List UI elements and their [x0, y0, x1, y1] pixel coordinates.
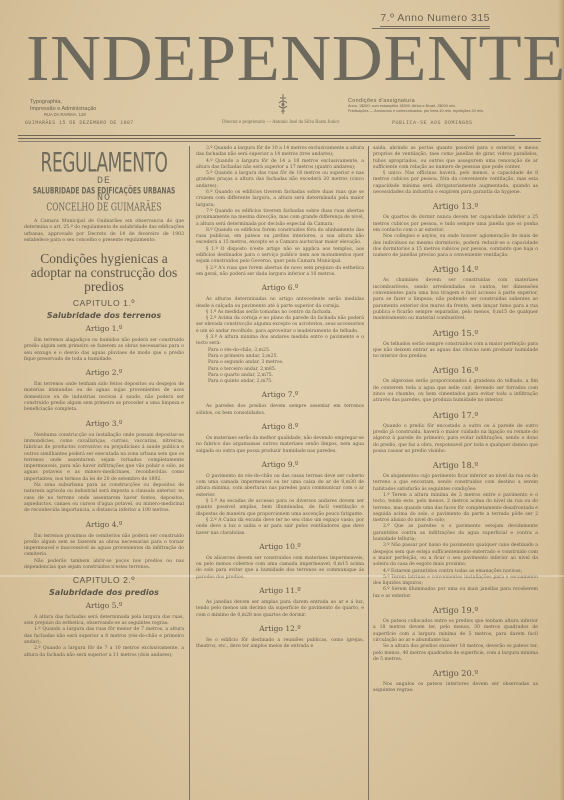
article-text: A altura das fachadas será determinada p…: [24, 615, 184, 628]
article-text: As alturas determinadas no artigo antece…: [196, 297, 364, 310]
article-text: Os quartos de dormir nunca devem ter cap…: [373, 215, 538, 234]
article-paragraph: § 3.º A altura minima dos andares medida…: [196, 335, 364, 348]
article-heading: Artigo 17.º: [373, 410, 538, 420]
article-paragraph: § unico. Nas officinas haverá, pelo meno…: [373, 171, 538, 196]
column-divider: [189, 146, 190, 800]
column-1: REGULAMENTO DE SALUBRIDADE DAS EDIFICAÇÕ…: [24, 146, 184, 659]
article-text: Em terrenos alagadiços ou humidos não po…: [24, 338, 184, 363]
article-rule: 4.º Quando a largura fôr de 14 a 18 metr…: [196, 159, 364, 172]
article-text: Os pateos collocados entre os predios qu…: [373, 619, 538, 644]
publication-schedule: PUBLICA-SE AOS DOMINGOS: [392, 120, 473, 126]
article-text: Quando o predio fôr encostado a outro ou…: [373, 424, 538, 455]
article-heading: Artigo 11.º: [196, 586, 364, 596]
article-text: O pavimento do rés-do-chão ou das casas …: [196, 474, 364, 499]
section-heading: Condições hygienicas a adoptar na constr…: [24, 252, 184, 294]
article-text: As chaminés devem ser construidas com ma…: [373, 278, 538, 322]
article-text: Nos angulos os pateos interiores devem s…: [373, 682, 538, 695]
article-text: Em terrenos onde tenham sido feitos depo…: [24, 382, 184, 413]
article-heading: Artigo 15.º: [373, 328, 538, 338]
header-rule: [18, 141, 541, 142]
article-heading: Artigo 9.º: [196, 460, 364, 470]
masthead-title: INDEPENDENTE: [26, 28, 525, 90]
article-heading: Artigo 14.º: [373, 264, 538, 274]
chapter-heading: CAPITULO 1.º: [24, 300, 184, 306]
column-divider: [368, 146, 369, 800]
header-rule: [18, 135, 515, 136]
chapter-heading: CAPITULO 2.º: [24, 577, 184, 583]
regulamento-subject: SALUBRIDADE DAS EDIFICAÇÕES URBANAS: [32, 187, 176, 194]
dateline: GUIMARÃES 15 DE DEZEMBRO DE 1907: [25, 120, 134, 126]
article-paragraph: § 2.º Acima da cornija e no plano da par…: [196, 316, 364, 335]
article-rule: 4.º Estarem garantidos contra todas as e…: [373, 569, 538, 575]
article-text: Se a altura dos predios exceder 18 metro…: [373, 644, 538, 663]
article-text: Não poderão tambem abrir-se poços nos pr…: [24, 559, 184, 572]
article-heading: Artigo 19.º: [373, 605, 538, 615]
article-paragraph: § 1.º O disposto n'este artigo não se ap…: [196, 247, 364, 266]
publisher-street: RUA DA RAINHA, 128: [44, 112, 96, 119]
subsection-heading: Salubridade dos terrenos: [24, 313, 184, 319]
paper-fold: [0, 575, 564, 577]
article-rule: 1.º Quando a largura das ruas fôr menor …: [24, 627, 184, 646]
article-heading: Artigo 3.º: [24, 419, 184, 429]
article-rule: 2.º Quando a largura fôr de 7 a 10 metro…: [24, 646, 184, 659]
article-heading: Artigo 2.º: [24, 368, 184, 378]
article-rule: 1.º Terem a altura minima de 3 metros en…: [373, 493, 538, 524]
article-heading: Artigo 20.º: [373, 668, 538, 678]
column-3: saida, abrindo as portas quanto possivel…: [373, 146, 538, 695]
article-heading: Artigo 13.º: [373, 201, 538, 211]
article-heading: Artigo 16.º: [373, 365, 538, 375]
article-rule: 5.º Quando a largura das ruas fôr de 18 …: [196, 171, 364, 190]
article-paragraph: § 2.º A's ruas que forem abertas de novo…: [196, 266, 364, 279]
director-line: Director e proprietario — Antonio José d…: [222, 120, 339, 125]
article-heading: Artigo 1.º: [24, 324, 184, 334]
article-text: Os alojamentos cujo pavimento ficar infe…: [373, 474, 538, 493]
article-heading: Artigo 4.º: [24, 520, 184, 530]
article-text: As janellas devem ser amplas para darem …: [196, 600, 364, 619]
article-text: Nos collegios e asylos, ou onde houver a…: [373, 234, 538, 259]
article-text: As paredes dos predios devem sempre asse…: [196, 404, 364, 417]
article-rule: 2.º Que as paredes e o pavimento estejam…: [373, 524, 538, 543]
article-text: Nenhuma construcção ou installação onde …: [24, 433, 184, 483]
article-paragraph: § 1.º As escadas de accesso para os dive…: [196, 499, 364, 518]
article-heading: Artigo 12.º: [196, 624, 364, 634]
fleuron-icon: [278, 93, 288, 115]
article-heading: Artigo 18.º: [373, 460, 538, 470]
article-heading: Artigo 7.º: [196, 390, 364, 400]
header-rule: [18, 138, 541, 139]
article-text: Em terrenos proximos de cemiterios não p…: [24, 534, 184, 559]
article-heading: Artigo 6.º: [196, 283, 364, 293]
regulamento-title: REGULAMENTO: [36, 148, 172, 176]
heights-item: Para o quinto andar, 2,m75.: [208, 379, 364, 385]
article-text: Os alicerces devem ser construidos com m…: [196, 556, 364, 581]
article-text: saida, abrindo as portas quanto possivel…: [373, 146, 538, 171]
article-paragraph: § 2.º A Caixa da escada deve ter no seu …: [196, 518, 364, 537]
article-text: Se o edificio fôr destinado a reuniões p…: [196, 638, 364, 651]
article-text: Na zona suburbana para as construcções o…: [24, 483, 184, 514]
article-heading: Artigo 5.º: [24, 601, 184, 611]
article-heading: Artigo 10.º: [196, 542, 364, 552]
article-rule: 8.º Quando os edificios forem construido…: [196, 228, 364, 247]
heights-list: Para o rés-do-chão, 3,m25. Para o primei…: [196, 348, 364, 386]
publisher-info: Typographia, Impressão e Administração R…: [30, 99, 96, 119]
article-heading: Artigo 8.º: [196, 422, 364, 432]
subscription-info: Condições d'assignatura Anno, 1$200; com…: [348, 98, 484, 114]
article-rule: 6.º Serem illuminados por uma ou mais ja…: [373, 587, 538, 600]
subscription-line-2: Publicações — Annuncios e communicados, …: [348, 109, 484, 114]
article-text: Os telhados serão sempre construidos com…: [373, 342, 538, 361]
page-edge: [558, 0, 564, 800]
subsection-heading: Salubridade dos predios: [24, 590, 184, 596]
article-rule: 3.º Quando a largura fôr de 10 a 14 metr…: [196, 146, 364, 159]
article-rule: 6.º Quando os edificios tiverem fachadas…: [196, 190, 364, 209]
article-text: Os materiaes serão da melhor qualidade, …: [196, 436, 364, 455]
article-text: Os algerozes serão proporcionados á gran…: [373, 379, 538, 404]
article-rule: 3.º Não passar por baixo do pavimento qu…: [373, 543, 538, 568]
article-rule: 7.º Quando os edificios tiverem fachadas…: [196, 209, 364, 228]
intro-paragraph: A Camara Municipal de Guimarães em obser…: [24, 219, 184, 244]
regulamento-place: CONCELHO DE GUIMARÃES: [24, 204, 184, 212]
